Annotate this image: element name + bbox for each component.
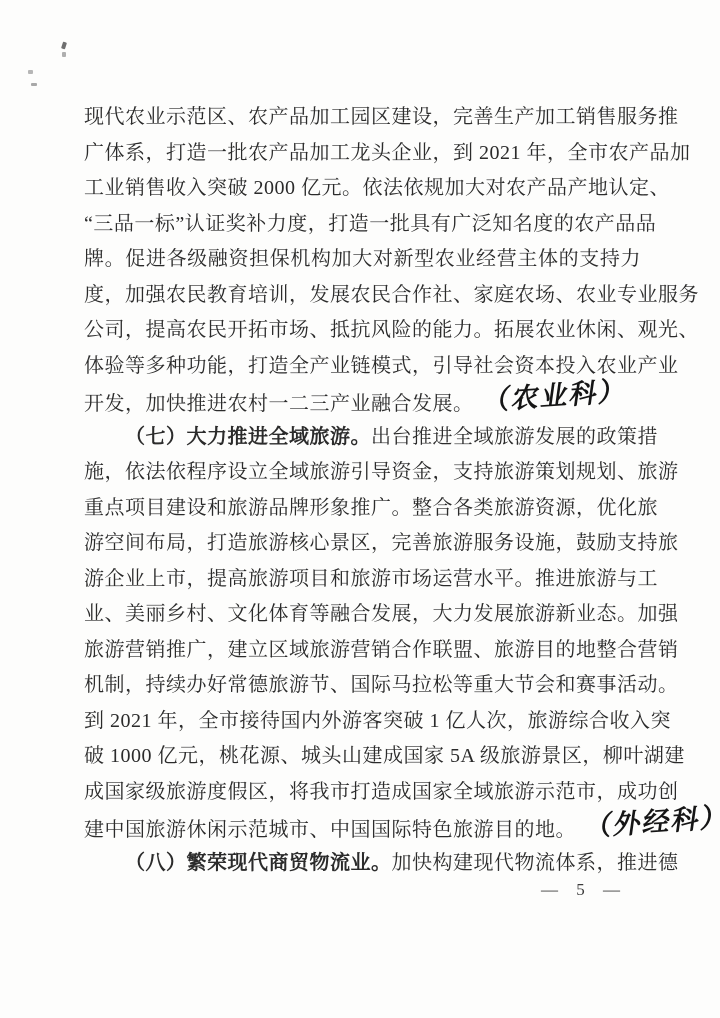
text-segment: 加快构建现代物流体系，推进德 xyxy=(392,852,679,874)
text-segment: 度，加强农民教育培训，发展农民合作社、家庭农场、农业专业服务 xyxy=(84,284,699,306)
text-segment: 到 2021 年，全市接待国内外游客突破 1 亿人次，旅游综合收入突 xyxy=(84,710,671,732)
text-line: “三品一标”认证奖补力度，打造一批具有广泛知名度的农产品品 xyxy=(84,207,641,243)
text-segment: 破 1000 亿元，桃花源、城头山建成国家 5A 级旅游景区，柳叶湖建 xyxy=(84,745,685,767)
text-segment: 游空间布局，打造旅游核心景区，完善旅游服务设施，鼓励支持旅 xyxy=(84,532,679,554)
text-segment: 机制，持续办好常德旅游节、国际马拉松等重大节会和赛事活动。 xyxy=(84,674,679,696)
text-line: （八）繁荣现代商贸物流业。加快构建现代物流体系，推进德 xyxy=(84,846,641,882)
page-number: — 5 — xyxy=(541,880,651,900)
text-line: 游空间布局，打造旅游核心景区，完善旅游服务设施，鼓励支持旅 xyxy=(84,526,641,562)
text-segment: 游企业上市，提高旅游项目和旅游市场运营水平。推进旅游与工 xyxy=(84,568,658,590)
text-line: 业、美丽乡村、文化体育等融合发展，大力发展旅游新业态。加强 xyxy=(84,597,641,633)
scan-speck xyxy=(28,70,33,74)
text-line: 广体系，打造一批农产品加工龙头企业，到 2021 年，全市农产品加 xyxy=(84,136,641,172)
text-segment: 公司，提高农民开拓市场、抵抗风险的能力。拓展农业休闲、观光、 xyxy=(84,319,699,341)
scan-speck xyxy=(31,83,37,86)
text-line: 旅游营销推广，建立区域旅游营销合作联盟、旅游目的地整合营销 xyxy=(84,633,641,669)
text-line: （七）大力推进全域旅游。出台推进全域旅游发展的政策措 xyxy=(84,420,641,456)
text-line: 公司，提高农民开拓市场、抵抗风险的能力。拓展农业休闲、观光、 xyxy=(84,313,641,349)
text-segment: 重点项目建设和旅游品牌形象推广。整合各类旅游资源，优化旅 xyxy=(84,497,658,519)
text-segment: （八）繁荣现代商贸物流业。 xyxy=(125,852,392,874)
text-line: 施，依法依程序设立全域旅游引导资金，支持旅游策划规划、旅游 xyxy=(84,455,641,491)
text-segment: 工业销售收入突破 2000 亿元。依法依规加大对农产品产地认定、 xyxy=(84,177,670,199)
text-segment: （七）大力推进全域旅游。 xyxy=(125,426,371,448)
text-line: 破 1000 亿元，桃花源、城头山建成国家 5A 级旅游景区，柳叶湖建 xyxy=(84,739,641,775)
text-line: 成国家级旅游度假区，将我市打造成国家全域旅游示范市，成功创 xyxy=(84,775,641,811)
document-body: 现代农业示范区、农产品加工园区建设，完善生产加工销售服务推广体系，打造一批农产品… xyxy=(84,100,641,881)
text-line: 现代农业示范区、农产品加工园区建设，完善生产加工销售服务推 xyxy=(84,100,641,136)
text-segment: 建中国旅游休闲示范城市、中国国际特色旅游目的地。 xyxy=(84,819,576,841)
text-segment: 旅游营销推广，建立区域旅游营销合作联盟、旅游目的地整合营销 xyxy=(84,639,679,661)
text-segment: 成国家级旅游度假区，将我市打造成国家全域旅游示范市，成功创 xyxy=(84,781,679,803)
text-segment: 体验等多种功能，打造全产业链模式，引导社会资本投入农业产业 xyxy=(84,355,679,377)
text-line: 重点项目建设和旅游品牌形象推广。整合各类旅游资源，优化旅 xyxy=(84,491,641,527)
text-line: 游企业上市，提高旅游项目和旅游市场运营水平。推进旅游与工 xyxy=(84,562,641,598)
text-line: 开发，加快推进农村一二三产业融合发展。（农业科） xyxy=(84,384,641,420)
text-segment: “三品一标”认证奖补力度，打造一批具有广泛知名度的农产品品 xyxy=(84,213,656,235)
text-segment: 开发，加快推进农村一二三产业融合发展。 xyxy=(84,393,474,415)
text-segment: 广体系，打造一批农产品加工龙头企业，到 2021 年，全市农产品加 xyxy=(84,142,691,164)
text-segment: 业、美丽乡村、文化体育等融合发展，大力发展旅游新业态。加强 xyxy=(84,603,679,625)
text-segment: 现代农业示范区、农产品加工园区建设，完善生产加工销售服务推 xyxy=(84,106,679,128)
text-segment: 牌。促进各级融资担保机构加大对新型农业经营主体的支持力 xyxy=(84,248,641,270)
text-line: 到 2021 年，全市接待国内外游客突破 1 亿人次，旅游综合收入突 xyxy=(84,704,641,740)
text-line: 度，加强农民教育培训，发展农民合作社、家庭农场、农业专业服务 xyxy=(84,278,641,314)
text-line: 建中国旅游休闲示范城市、中国国际特色旅游目的地。（外经科） xyxy=(84,810,641,846)
scanned-document-page: 现代农业示范区、农产品加工园区建设，完善生产加工销售服务推广体系，打造一批农产品… xyxy=(0,0,720,1018)
text-line: 牌。促进各级融资担保机构加大对新型农业经营主体的支持力 xyxy=(84,242,641,278)
text-segment: 施，依法依程序设立全域旅游引导资金，支持旅游策划规划、旅游 xyxy=(84,461,679,483)
text-line: 工业销售收入突破 2000 亿元。依法依规加大对农产品产地认定、 xyxy=(84,171,641,207)
text-line: 机制，持续办好常德旅游节、国际马拉松等重大节会和赛事活动。 xyxy=(84,668,641,704)
scan-speck xyxy=(61,42,67,50)
text-segment: 出台推进全域旅游发展的政策措 xyxy=(371,426,658,448)
scan-speck xyxy=(62,52,66,57)
